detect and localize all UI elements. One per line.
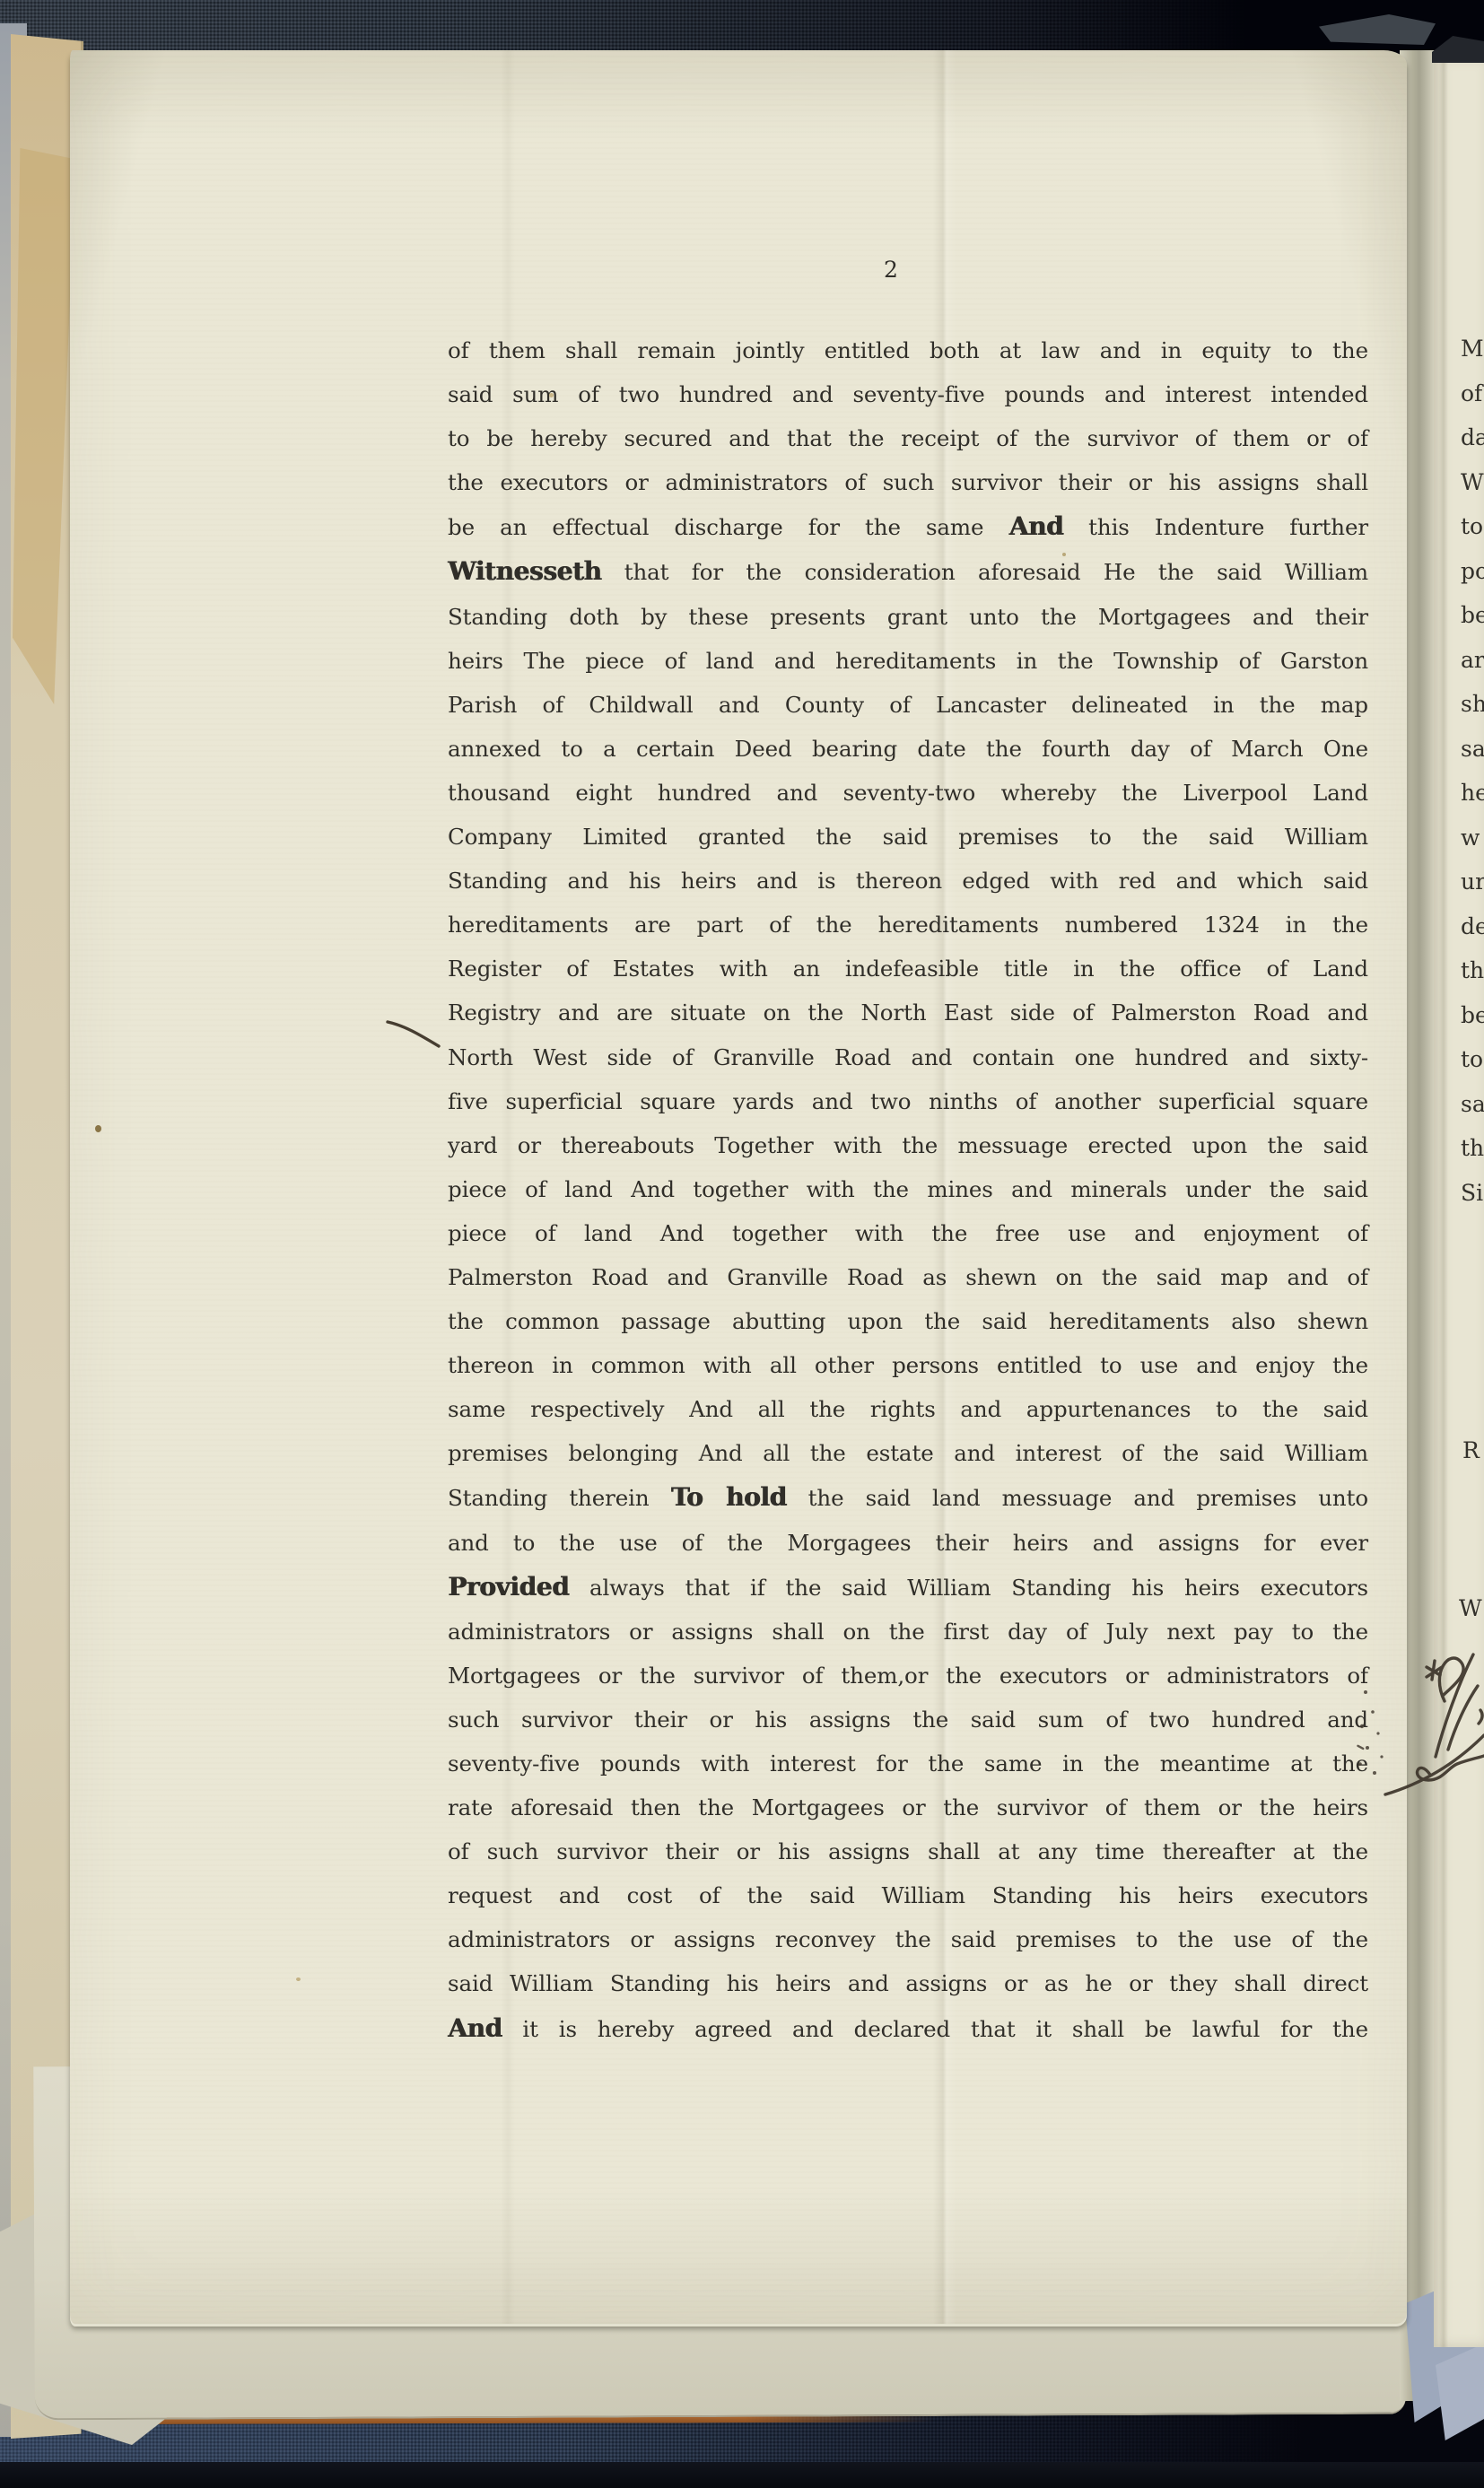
facing-page-fragment: th [1461, 1126, 1484, 1171]
document-line: North West side of Granville Road and co… [448, 1035, 1368, 1079]
book-cover-top [0, 0, 1484, 56]
pen-mark-icon [381, 1012, 453, 1053]
facing-page-fragment: to [1461, 1037, 1484, 1082]
document-line: administrators or assigns reconvey the s… [448, 1917, 1368, 1961]
document-page: 2 of them shall remain jointly entitled … [70, 50, 1407, 2324]
document-line: piece of land And together with the free… [448, 1211, 1368, 1255]
blackletter-word: To hold [671, 1482, 787, 1512]
book-cover-bottom-shadow [0, 2462, 1484, 2488]
facing-page-edge: MofdaWtopobearshsahewurdethbetosathSi R … [1434, 57, 1484, 2347]
facing-page-fragment-r: R [1462, 1437, 1480, 1463]
facing-page-fragment: po [1461, 549, 1484, 594]
document-line: annexed to a certain Deed bearing date t… [448, 727, 1368, 771]
document-line: said sum of two hundred and seventy-five… [448, 372, 1368, 416]
paper-speck [549, 393, 554, 397]
document-line: five superficial square yards and two ni… [448, 1079, 1368, 1123]
document-line: and to the use of the Morgagees their he… [448, 1521, 1368, 1565]
facing-page-fragment: he [1461, 771, 1484, 816]
document-line: Palmerston Road and Granville Road as sh… [448, 1255, 1368, 1299]
document-line: Parish of Childwall and County of Lancas… [448, 683, 1368, 727]
facing-page-crease [1439, 57, 1448, 2347]
facing-page-fragment: be [1461, 593, 1484, 638]
facing-page-fragment: sa [1461, 1082, 1484, 1127]
ink-specks [1357, 1690, 1384, 1775]
blackletter-word: And [1009, 511, 1064, 541]
document-line: of them shall remain jointly entitled bo… [448, 328, 1368, 372]
blackletter-word: Witnesseth [448, 556, 601, 586]
facing-page-fragment: de [1461, 904, 1484, 949]
blackletter-word: And [448, 2013, 502, 2043]
document-line: of such survivor their or his assigns sh… [448, 1829, 1368, 1873]
facing-page-fragment: W [1461, 460, 1484, 505]
facing-page-fragment: Si [1461, 1171, 1484, 1216]
facing-page-fragment: ar [1461, 638, 1484, 683]
document-line: such survivor their or his assigns the s… [448, 1698, 1368, 1742]
document-line: same respectively And all the rights and… [448, 1387, 1368, 1431]
document-line: Provided always that if the said William… [448, 1565, 1368, 1610]
document-line: piece of land And together with the mine… [448, 1167, 1368, 1211]
facing-page-fragment: to [1461, 504, 1484, 549]
document-line: Standing and his heirs and is thereon ed… [448, 859, 1368, 903]
document-line: be an effectual discharge for the same A… [448, 504, 1368, 549]
document-line: Company Limited granted the said premise… [448, 815, 1368, 859]
document-line: premises belonging And all the estate an… [448, 1431, 1368, 1475]
document-line: rate aforesaid then the Mortgagees or th… [448, 1785, 1368, 1829]
document-line: to be hereby secured and that the receip… [448, 416, 1368, 460]
document-line: the executors or administrators of such … [448, 460, 1368, 504]
document-line: request and cost of the said William Sta… [448, 1873, 1368, 1917]
blackletter-word: Provided [448, 1572, 569, 1602]
facing-page-fragment: sa [1461, 727, 1484, 772]
facing-page-fragment: da [1461, 415, 1484, 460]
ink-signature [1355, 1615, 1484, 1803]
facing-page-fragment: of [1461, 371, 1484, 416]
paper-speck [296, 1977, 301, 1981]
document-line: heirs The piece of land and hereditament… [448, 639, 1368, 683]
document-line: administrators or assigns shall on the f… [448, 1610, 1368, 1654]
document-line: the common passage abutting upon the sai… [448, 1299, 1368, 1343]
document-line: Registry and are situate on the North Ea… [448, 991, 1368, 1034]
page-number: 2 [864, 257, 918, 283]
facing-page-fragment: ur [1461, 860, 1484, 904]
document-line: Standing doth by these presents grant un… [448, 595, 1368, 639]
paper-speck [95, 1125, 101, 1132]
document-line: And it is hereby agreed and declared tha… [448, 2006, 1368, 2051]
facing-page-fragment: w [1461, 816, 1484, 860]
document-line: yard or thereabouts Together with the me… [448, 1123, 1368, 1167]
facing-page-fragment: sh [1461, 682, 1484, 727]
facing-page-fragment: be [1461, 993, 1484, 1038]
document-line: said William Standing his heirs and assi… [448, 1961, 1368, 2005]
document-line: seventy-five pounds with interest for th… [448, 1742, 1368, 1785]
document-line: thereon in common with all other persons… [448, 1343, 1368, 1387]
facing-page-text-fragments: MofdaWtopobearshsahewurdethbetosathSi [1461, 327, 1484, 1215]
document-line: Standing therein To hold the said land m… [448, 1475, 1368, 1520]
document-line: hereditaments are part of the hereditame… [448, 903, 1368, 947]
document-line: thousand eight hundred and seventy-two w… [448, 771, 1368, 815]
document-line: Witnesseth that for the consideration af… [448, 549, 1368, 594]
document-lines: of them shall remain jointly entitled bo… [448, 328, 1368, 2051]
facing-page-fragment: th [1461, 948, 1484, 993]
facing-page-fragment: M [1461, 327, 1484, 371]
document-line: Register of Estates with an indefeasible… [448, 947, 1368, 991]
document-line: Mortgagees or the survivor of them,or th… [448, 1654, 1368, 1698]
paper-speck [1062, 553, 1066, 556]
